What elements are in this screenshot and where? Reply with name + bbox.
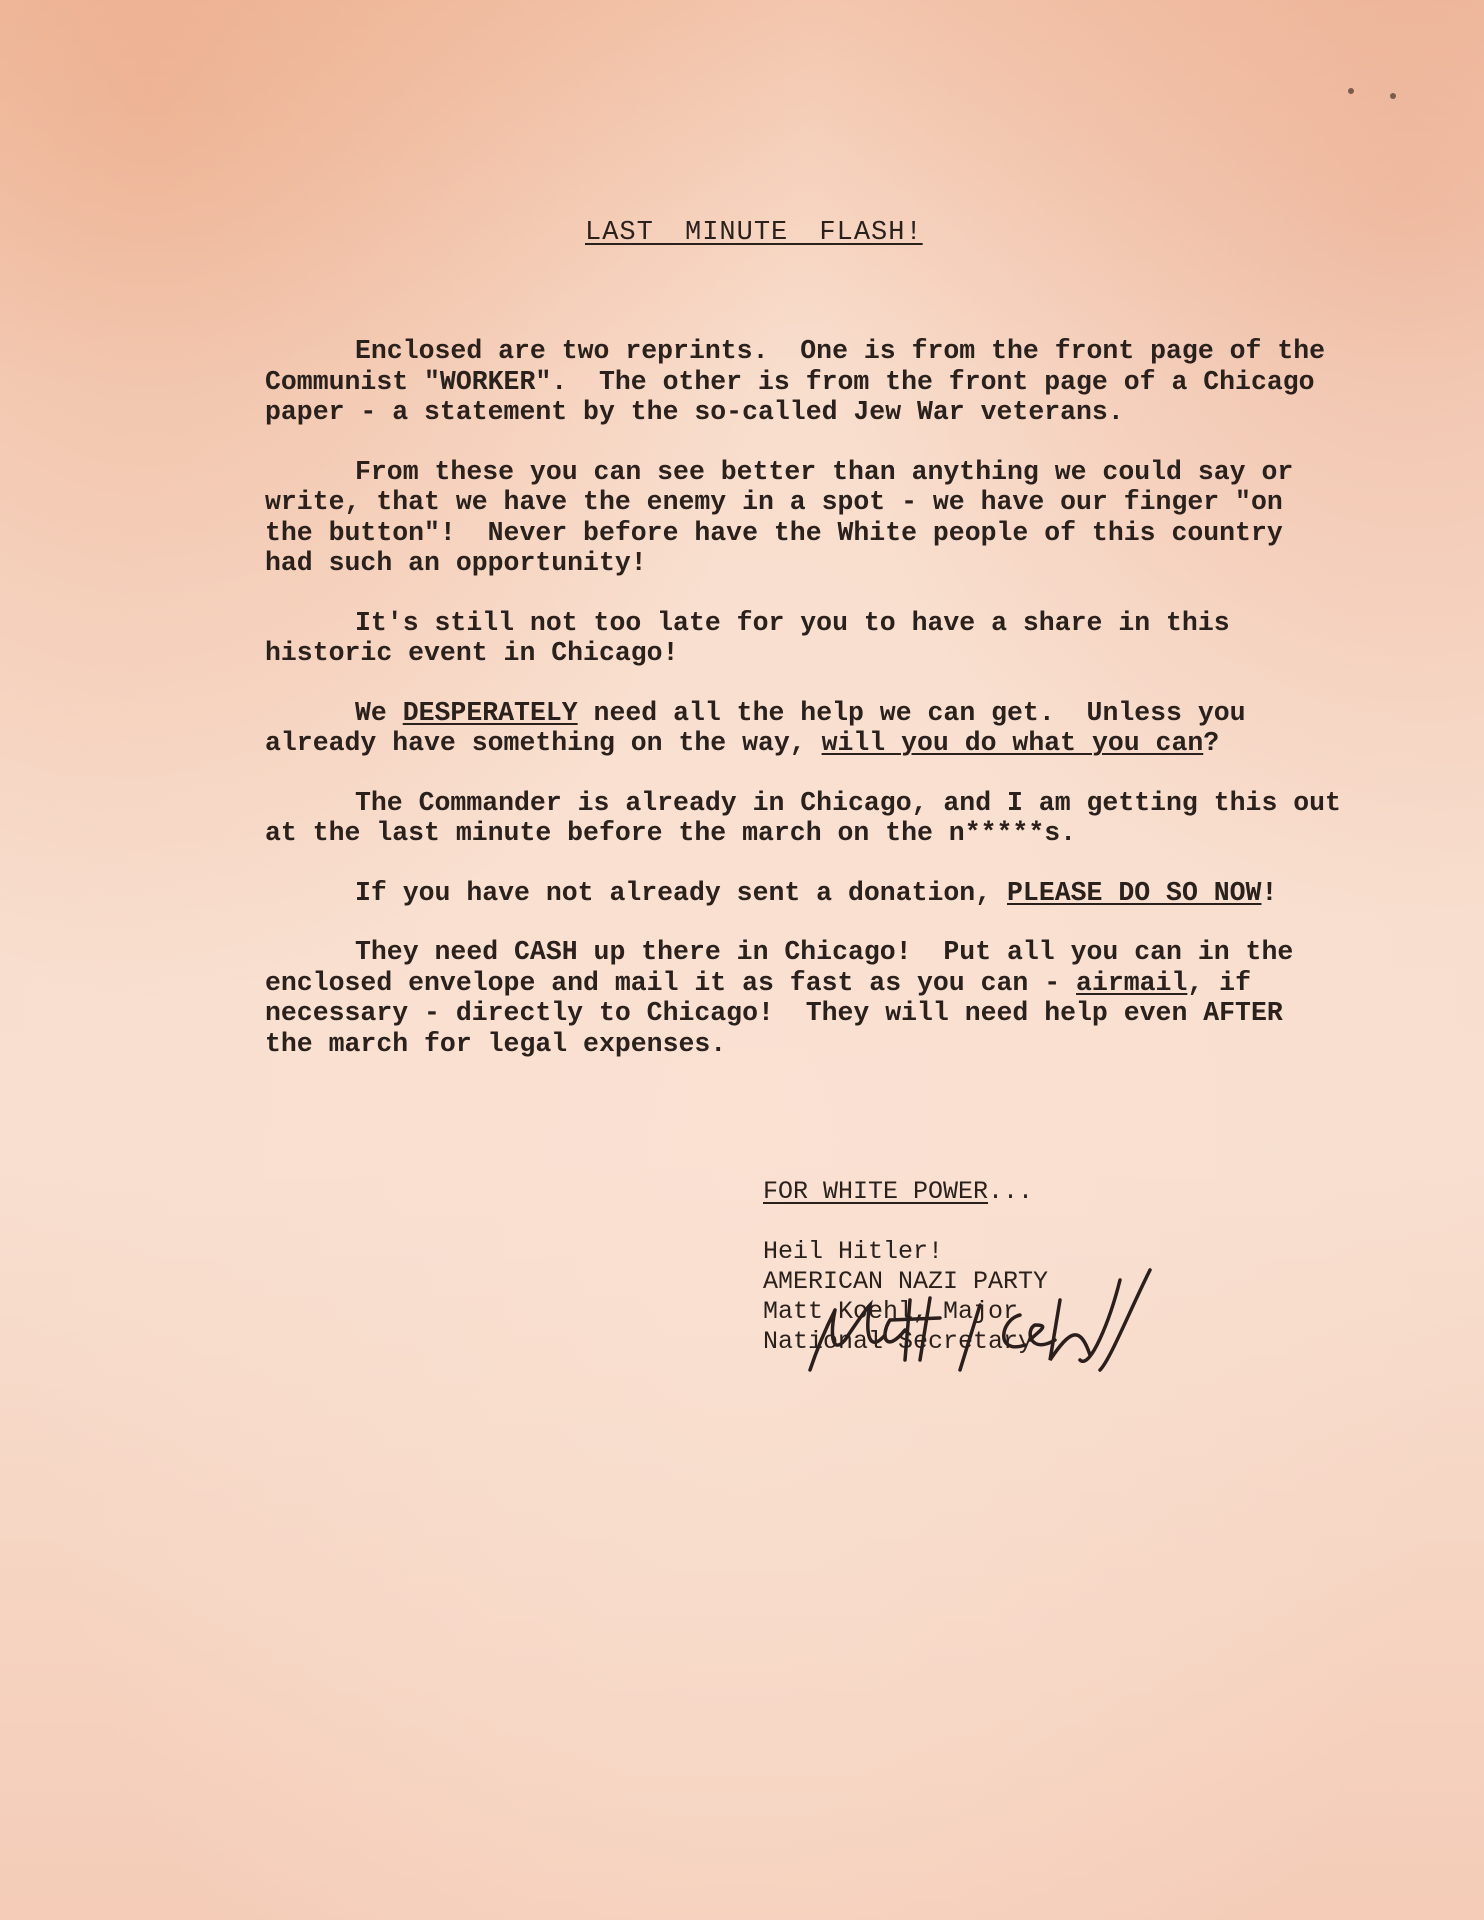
salutation: FOR WHITE POWER xyxy=(763,1177,988,1207)
handwritten-signature xyxy=(790,1260,1180,1380)
emphasis-underline: airmail xyxy=(1076,968,1187,998)
document-page: LAST MINUTE FLASH! Enclosed are two repr… xyxy=(0,0,1484,1920)
paragraph-2: From these you can see better than anyth… xyxy=(265,457,1345,579)
paragraph-6: If you have not already sent a donation,… xyxy=(265,878,1345,909)
emphasis-underline: DESPERATELY xyxy=(403,698,578,728)
paragraph-7: They need CASH up there in Chicago! Put … xyxy=(265,937,1345,1059)
paragraph-1: Enclosed are two reprints. One is from t… xyxy=(265,336,1345,428)
paragraph-3: It's still not too late for you to have … xyxy=(265,608,1345,669)
letter-body: Enclosed are two reprints. One is from t… xyxy=(265,336,1345,1088)
emphasis-underline: will you do what you can xyxy=(822,728,1204,758)
document-title: LAST MINUTE FLASH! xyxy=(585,218,923,248)
paragraph-5: The Commander is already in Chicago, and… xyxy=(265,788,1345,849)
stain-mark xyxy=(1348,88,1354,94)
emphasis-underline: PLEASE DO SO NOW xyxy=(1007,878,1261,908)
stain-mark xyxy=(1390,93,1396,99)
paragraph-4: We DESPERATELY need all the help we can … xyxy=(265,698,1345,759)
